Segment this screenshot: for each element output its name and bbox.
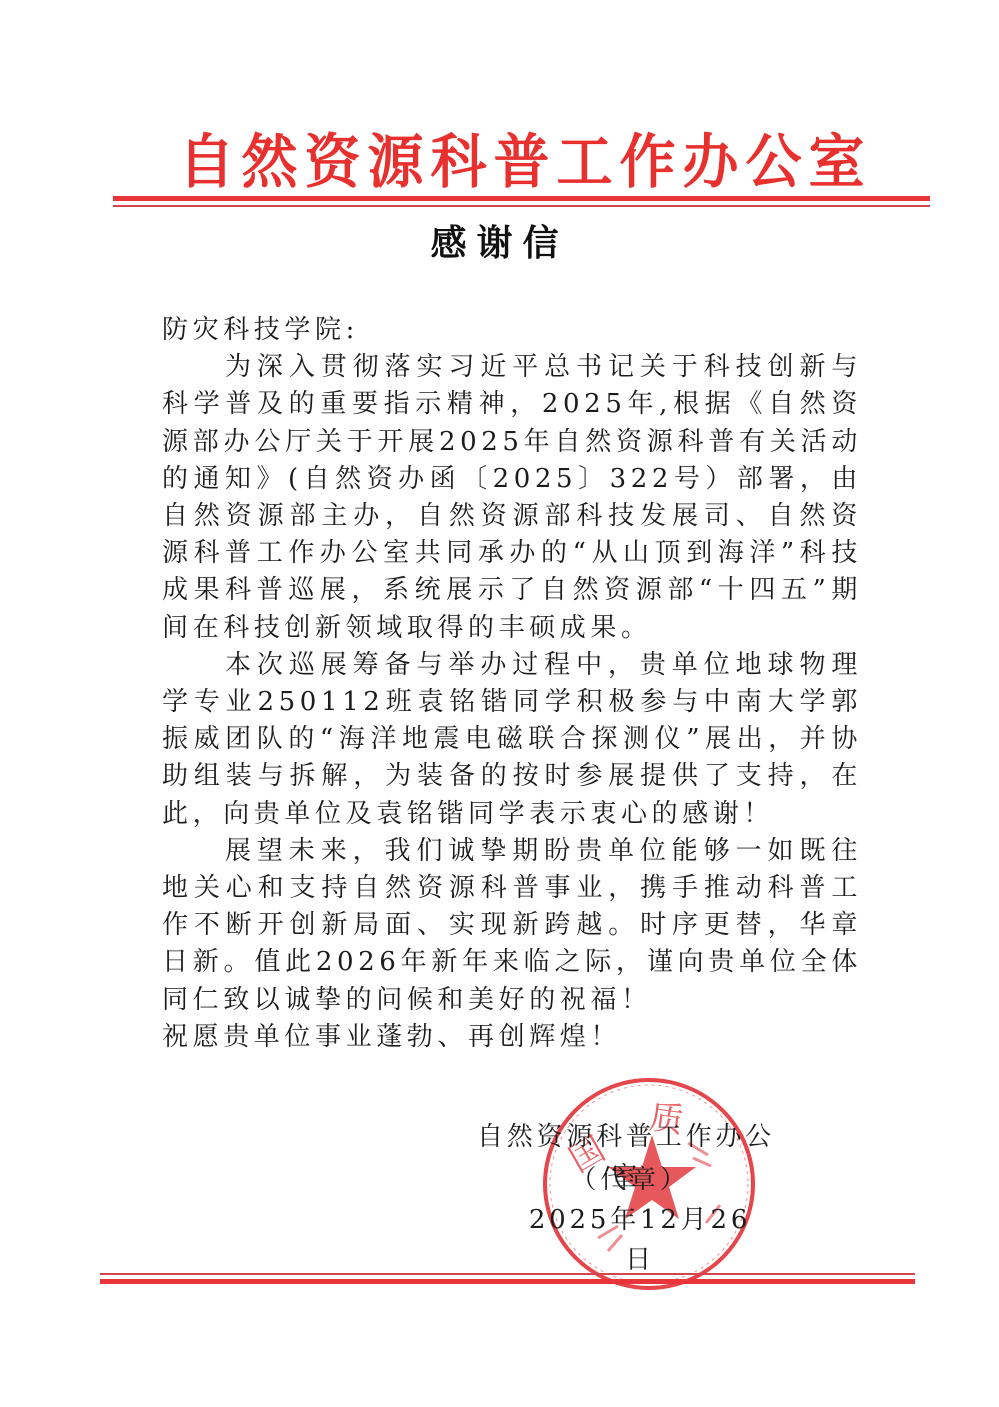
letterhead-rule-thin [113,205,930,207]
paragraph-2: 本次巡展筹备与举办过程中，贵单位地球物理学专业250112班袁铭锴同学积极参与中… [162,647,862,833]
signature-date: 2025年12月26日 [520,1200,760,1280]
signature-seal-note: （代章） [540,1160,720,1200]
letter-title: 感谢信 [0,219,999,267]
footer-rule-thin [100,1273,915,1275]
closing-wish: 祝愿贵单位事业蓬勃、再创辉煌！ [162,1019,862,1056]
letterhead-rule-thick [113,196,930,201]
salutation: 防灾科技学院: [162,312,862,349]
letter-body: 防灾科技学院: 为深入贯彻落实习近平总书记关于科技创新与科学普及的重要指示精神，… [162,312,862,1056]
footer-rule-thick [100,1279,915,1284]
letterhead-organization: 自然资源科普工作办公室 [150,126,900,200]
paragraph-1: 为深入贯彻落实习近平总书记关于科技创新与科学普及的重要指示精神，2025年,根据… [162,349,862,647]
paragraph-3: 展望未来，我们诚挚期盼贵单位能够一如既往地关心和支持自然资源科普事业，携手推动科… [162,833,862,1019]
